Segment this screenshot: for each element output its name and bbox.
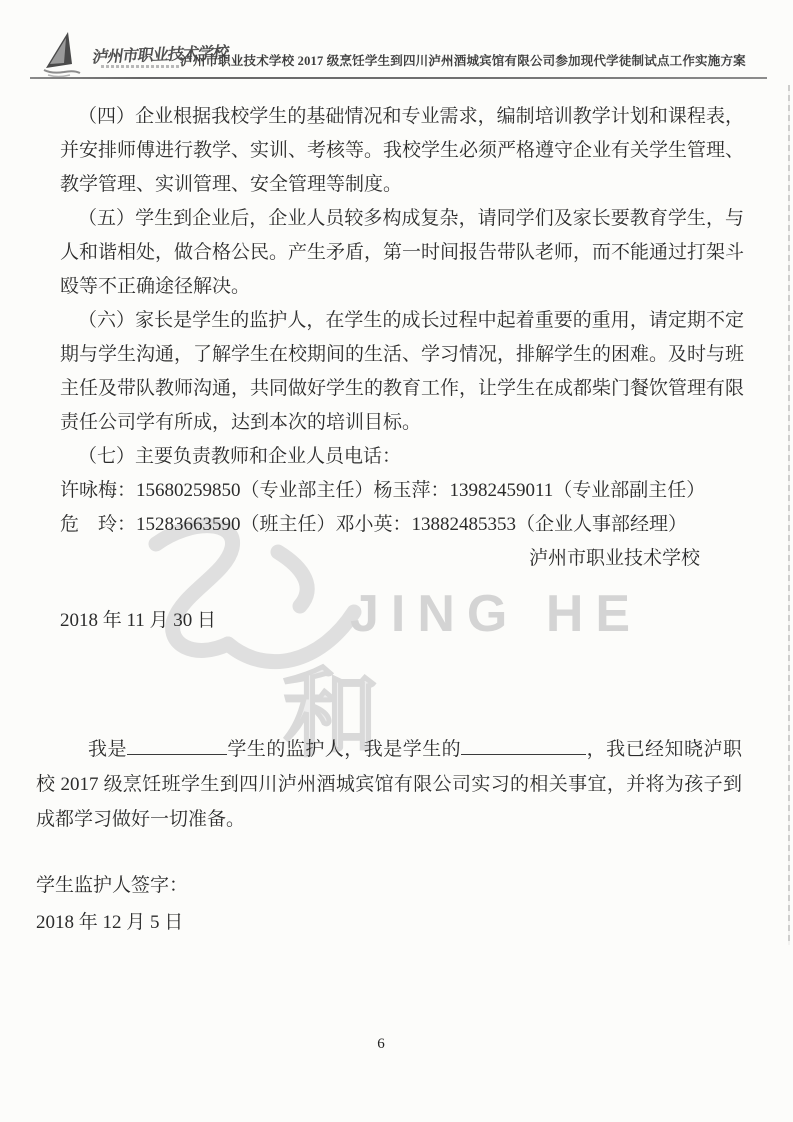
paragraph-item-4: （四）企业根据我校学生的基础情况和专业需求，编制培训教学计划和课程表，并安排师傅… — [60, 100, 744, 202]
scan-artifact-line — [788, 85, 790, 945]
header-divider-line — [30, 77, 767, 79]
document-header-title: 泸州市职业技术学校 2017 级烹饪学生到四川泸州酒城宾馆有限公司参加现代学徒制… — [180, 51, 770, 69]
paragraph-item-7: （七）主要负责教师和企业人员电话： — [60, 440, 744, 474]
guardian-signature-label: 学生监护人签字： — [36, 868, 742, 903]
scanned-document-page: JING HE 和 泸州市职业技术学校 泸州市职业技术学校 2017 级烹饪学生… — [0, 0, 793, 1122]
document-date: 2018 年 11 月 30 日 — [60, 604, 744, 638]
contact-phone-line-2: 危 玲：15283663590（班主任）邓小英：13882485353（企业人事… — [60, 508, 744, 542]
school-signature: 泸州市职业技术学校 — [60, 542, 744, 576]
page-number: 6 — [366, 1036, 396, 1053]
document-body: （四）企业根据我校学生的基础情况和专业需求，编制培训教学计划和课程表，并安排师傅… — [60, 100, 744, 638]
paragraph-item-5: （五）学生到企业后，企业人员较多构成复杂，请同学们及家长要教育学生，与人和谐相处… — [60, 202, 744, 304]
logo-subtext-line — [101, 65, 181, 68]
guardian-declaration-text: 我是学生的监护人，我是学生的，我已经知晓泸职校 2017 级烹饪班学生到四川泸州… — [36, 732, 742, 837]
guardian-seg-2: 学生的监护人，我是学生的 — [227, 739, 461, 760]
blank-guardian-name — [127, 735, 227, 755]
paragraph-item-6: （六）家长是学生的监护人，在学生的成长过程中起着重要的重用，请定期不定期与学生沟… — [60, 304, 744, 440]
sail-logo-icon — [38, 30, 96, 80]
guardian-signature-date: 2018 年 12 月 5 日 — [36, 905, 742, 940]
contact-phone-line-1: 许咏梅：15680259850（专业部主任）杨玉萍：13982459011（专业… — [60, 474, 744, 508]
blank-relationship — [461, 735, 586, 755]
guardian-declaration-section: 我是学生的监护人，我是学生的，我已经知晓泸职校 2017 级烹饪班学生到四川泸州… — [36, 732, 742, 940]
guardian-seg-1: 我是 — [88, 739, 127, 760]
